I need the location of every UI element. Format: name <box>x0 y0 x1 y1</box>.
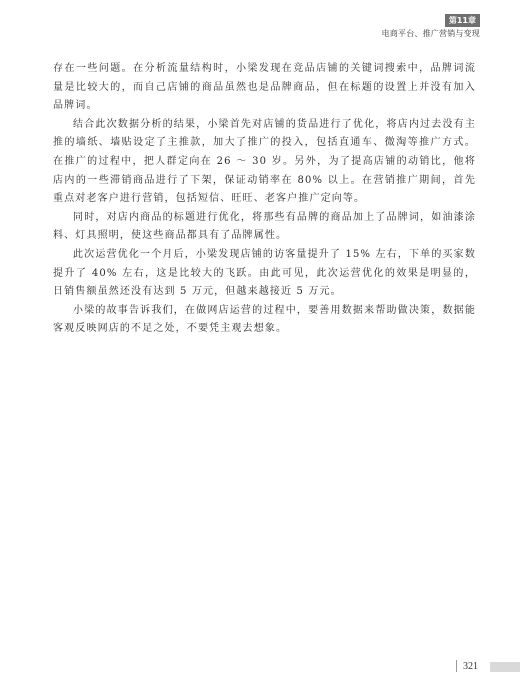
page-footer: 321 <box>456 660 478 672</box>
paragraph-4: 此次运营优化一个月后，小梁发现店铺的访客量提升了 15% 左右，下单的买家数提升… <box>53 246 476 302</box>
body-text: 存在一些问题。在分析流量结构时，小梁发现在竞品店铺的关键词搜索中，品牌词流量是比… <box>53 60 476 339</box>
paragraph-1: 存在一些问题。在分析流量结构时，小梁发现在竞品店铺的关键词搜索中，品牌词流量是比… <box>53 60 476 116</box>
running-header: 第11章 电商平台、推广营销与变现 <box>382 8 480 39</box>
footer-decorative-bar <box>490 662 520 672</box>
paragraph-5: 小梁的故事告诉我们，在做网店运营的过程中，要善用数据来帮助做决策，数据能客观反映… <box>53 302 476 339</box>
paragraph-3: 同时，对店内商品的标题进行优化，将那些有品牌的商品加上了品牌词，如油漆涂料、灯具… <box>53 209 476 246</box>
footer-divider <box>456 660 457 672</box>
chapter-badge: 第11章 <box>445 14 480 27</box>
chapter-title: 电商平台、推广营销与变现 <box>382 28 480 39</box>
page-number: 321 <box>463 661 478 672</box>
paragraph-2: 结合此次数据分析的结果，小梁首先对店铺的货品进行了优化，将店内过去没有主推的墙纸… <box>53 116 476 209</box>
